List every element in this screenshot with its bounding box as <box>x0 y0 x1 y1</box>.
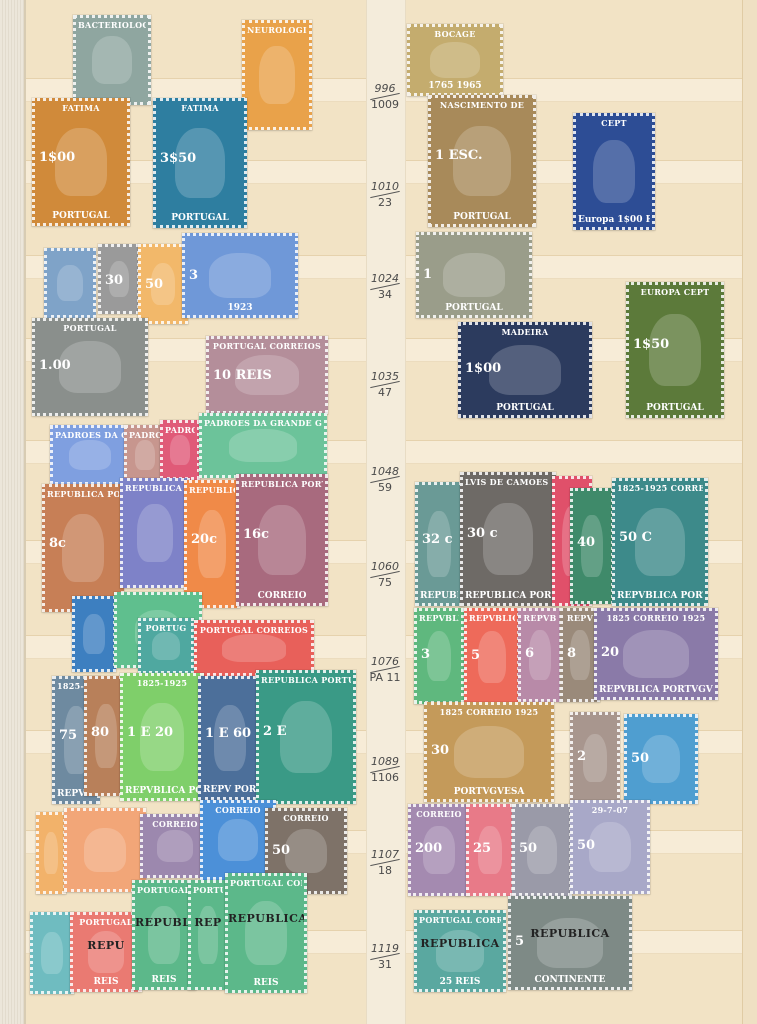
stamp-portrait-image <box>44 832 57 875</box>
postage-stamp: PORTUGAL CORREIOSREPUBLICAREIS <box>225 873 307 993</box>
postage-stamp: 1825-1925 CORREIO50 CREPVBLICA PORTVGVES… <box>612 478 708 606</box>
stamp-denomination: 1 ESC. <box>435 148 483 163</box>
postage-stamp: REPVB6 <box>518 608 562 702</box>
postage-stamp: MADEIRA1$00PORTUGAL <box>458 322 592 418</box>
stamp-denomination: 80 <box>91 725 109 740</box>
album-binding <box>0 0 26 1024</box>
stamp-denomination: 1 E 60 <box>205 726 251 741</box>
postage-stamp: PORTUGAL CORREIOS10 REIS <box>206 336 328 414</box>
postage-stamp: 30 <box>98 244 140 314</box>
stamp-denomination: 5 <box>471 648 480 663</box>
stamp-denomination: 1$50 <box>633 337 669 352</box>
stamp-inscription-top: REPUBLICA PORTUGUESA <box>189 485 235 495</box>
postage-stamp: PORTUGAL CORREIOS <box>194 620 314 676</box>
stamp-overprint: REPUBLICA <box>228 912 304 925</box>
postage-stamp: NASCIMENTO DE1 ESC.PORTUGAL <box>428 95 536 227</box>
stamp-denomination: 16c <box>243 527 269 542</box>
catalog-note: 1076PA 11 <box>368 655 402 684</box>
stamp-inscription-bottom: PORTUGAL <box>631 403 719 413</box>
stamp-inscription-bottom: REPUBLICA PORTUGUESA CORREIO <box>420 591 458 601</box>
stamp-inscription-top: PADROES DA GRANDE GUERRA <box>55 430 125 440</box>
stamp-portrait-image <box>589 822 630 871</box>
stamp-denomination: 50 <box>577 838 595 853</box>
postage-stamp: CORREIO200 <box>408 804 470 896</box>
catalog-note: 104859 <box>368 465 402 494</box>
stamp-inscription-top: PADROES <box>165 425 195 435</box>
stamp-overprint: REPU <box>73 939 139 952</box>
stamp-inscription-top: BACTERIOLOGISTA <box>78 20 146 30</box>
stamp-inscription-top: PORTUGAL CORREIOS <box>419 915 501 925</box>
stamp-inscription-top: PORTUG <box>143 623 189 633</box>
stamp-inscription-top: FATIMA <box>158 103 242 113</box>
postage-stamp: PORTUGAL1.00 <box>32 318 148 416</box>
stamp-inscription-bottom: PORTUGAL <box>463 403 587 413</box>
stamp-denomination: 50 C <box>619 530 652 545</box>
stamp-denomination: 1 <box>423 267 432 282</box>
stamp-denomination: 50 <box>272 843 290 858</box>
postage-stamp: BOCAGE1765 1965 <box>407 24 503 96</box>
stamp-denomination: 30 <box>431 743 449 758</box>
postage-stamp: 1825-19251 E 20REPVBLICA PORTYGVESA <box>120 673 204 801</box>
stamp-inscription-top: PORTUGAL <box>193 885 223 895</box>
stamp-portrait-image <box>84 828 127 872</box>
stamp-denomination: 10 REIS <box>213 368 272 383</box>
stamp-portrait-image <box>148 906 181 964</box>
stamp-inscription-top: NASCIMENTO DE <box>433 100 531 110</box>
stamp-inscription-top: PADROES DA GRANDE GUERRA <box>204 418 322 428</box>
stamp-inscription-top: EUROPA CEPT <box>631 287 719 297</box>
stamp-inscription-top: REPVBLICA <box>469 613 515 623</box>
stamp-portrait-image <box>285 829 328 874</box>
stamp-denomination: 3 <box>421 647 430 662</box>
stamp-inscription-top: CEPT <box>578 118 650 128</box>
stamp-inscription-bottom: REPUBLICA PORTUGUESA CORREIO <box>465 591 551 601</box>
stamp-inscription-top: 1825-1925 CORREIO <box>617 483 703 493</box>
stamp-portrait-image <box>209 253 271 297</box>
catalog-note: 102434 <box>368 272 402 301</box>
stamp-inscription-bottom: REPVBLICA PORTYGVESA <box>125 786 199 796</box>
stamp-inscription-top: BOCAGE <box>412 29 498 39</box>
stamp-inscription-top: CORREIO <box>145 819 205 829</box>
postage-stamp: 50 <box>624 714 698 804</box>
catalog-number-end: 59 <box>368 481 402 494</box>
stamp-inscription-bottom: REIS <box>75 977 137 987</box>
stamp-inscription-top: PADROES <box>129 430 161 440</box>
stamp-portrait-image <box>88 931 125 972</box>
stamp-denomination: 50 <box>145 277 163 292</box>
stamp-portrait-image <box>69 440 110 470</box>
stamp-inscription-top: REPUBLICA PORTUGUESA <box>47 489 119 499</box>
stamp-denomination: 200 <box>415 841 442 856</box>
postage-stamp: REPUBLICA PORTUGUESA16cCORREIO <box>236 474 328 606</box>
postage-stamp: REPUBLICA PORTUGUESA8c <box>42 484 124 612</box>
catalog-note: 10891106 <box>368 755 402 784</box>
catalog-number-end: 34 <box>368 288 402 301</box>
catalog-number-end: PA 11 <box>368 671 402 684</box>
stamp-denomination: 1$00 <box>465 361 501 376</box>
stamp-denomination: 30 c <box>467 526 498 541</box>
stamp-portrait-image <box>623 630 689 678</box>
stamp-portrait-image <box>583 734 608 782</box>
stamp-inscription-bottom: PORTUGAL <box>433 212 531 222</box>
stamp-denomination: 8c <box>49 536 66 551</box>
postage-stamp: 50 <box>138 244 188 324</box>
stamp-portrait-image <box>537 918 603 967</box>
stamp-inscription-top: LVIS DE CAMOES 1524 1924 <box>465 477 551 487</box>
stamp-overprint: REP <box>191 916 225 929</box>
stamp-inscription-top: REPUBLICA PORTUGUESA <box>125 483 185 493</box>
stamp-portrait-image <box>83 614 104 653</box>
stamp-inscription-bottom: 1765 1965 <box>412 81 498 91</box>
postage-stamp: 5REPUBLICACONTINENTE <box>508 896 632 990</box>
stamp-inscription-bottom: REPVBLICA PORTVGVESA <box>599 685 713 695</box>
catalog-number-end: 31 <box>368 958 402 971</box>
stamp-inscription-bottom: PORTUGAL <box>37 211 125 221</box>
postage-stamp: FATIMA3$50PORTUGAL <box>153 98 247 228</box>
catalog-note: 9961009 <box>368 82 402 111</box>
stamp-inscription-bottom: REIS <box>137 975 191 985</box>
catalog-number-end: 23 <box>368 196 402 209</box>
stamp-inscription-top: REPV <box>565 613 595 623</box>
postage-stamp: PADROES <box>160 420 200 480</box>
stamp-inscription-bottom: PORTUGAL <box>158 213 242 223</box>
postage-stamp: PORTUGAL CORREIOSREPUBLIREIS <box>132 880 196 990</box>
stamp-inscription-bottom: CONTINENTE <box>513 975 627 985</box>
stamp-denomination: 20c <box>191 532 217 547</box>
postage-stamp: 32 cREPUBLICA PORTUGUESA CORREIO <box>415 482 463 606</box>
postage-stamp: REPUBLICA PORTUGUESA <box>120 478 190 588</box>
catalog-number-end: 18 <box>368 864 402 877</box>
postage-stamp: BACTERIOLOGISTA <box>73 15 151 105</box>
postage-stamp: 31923 <box>182 233 298 318</box>
stamp-inscription-bottom: REPV PORTV <box>203 785 257 795</box>
stamp-denomination: 3 <box>189 268 198 283</box>
stamp-portrait-image <box>245 901 288 965</box>
stamp-portrait-image <box>157 830 193 863</box>
stamp-inscription-bottom: 25 REIS <box>419 977 501 987</box>
postage-stamp: 1PORTUGAL <box>416 232 532 318</box>
stamp-portrait-image <box>222 634 286 662</box>
stamp-inscription-top: 1825 CORREIO 1925 <box>599 613 713 623</box>
stamp-inscription-top: CORREIO <box>270 813 342 823</box>
stamp-portrait-image <box>229 429 297 462</box>
stamp-inscription-top: 1825 CORREIO 1925 <box>429 707 549 717</box>
stamp-denomination: 75 <box>59 728 77 743</box>
stamp-inscription-bottom: 1923 <box>187 303 293 313</box>
stamp-overprint: REPUBLICA <box>511 927 629 940</box>
stamp-portrait-image <box>198 906 217 964</box>
postage-stamp <box>36 812 66 894</box>
stamp-inscription-top: REPUBLICA PORTUGUESA <box>241 479 323 489</box>
stamp-portrait-image <box>593 140 636 202</box>
postage-stamp: PADROES DA GRANDE GUERRA <box>199 413 327 478</box>
stamp-portrait-image <box>436 930 484 973</box>
postage-stamp: REPVBLICA5 <box>464 608 520 706</box>
catalog-note: 106075 <box>368 560 402 589</box>
stamp-denomination: 32 c <box>422 532 453 547</box>
stamp-denomination: 1$00 <box>39 150 75 165</box>
postage-stamp <box>72 596 116 672</box>
stamp-denomination: 25 <box>473 841 491 856</box>
stamp-inscription-top: CORREIO <box>205 805 271 815</box>
stamp-portrait-image <box>280 701 333 773</box>
stamp-portrait-image <box>62 514 105 582</box>
stamp-portrait-image <box>218 819 257 860</box>
stamp-portrait-image <box>259 46 295 104</box>
stamp-overprint: REPUBLICA <box>417 937 503 950</box>
page-right-edge <box>742 0 757 1024</box>
stamp-inscription-top: PORTUGAL <box>37 323 143 333</box>
stamp-portrait-image <box>152 632 180 660</box>
postage-stamp: FATIMA1$00PORTUGAL <box>32 98 130 226</box>
postage-stamp: EUROPA CEPT1$50PORTUGAL <box>626 282 724 418</box>
stamp-overprint: REPUBLI <box>135 916 193 929</box>
catalog-number-end: 47 <box>368 386 402 399</box>
stamp-denomination: 2 <box>577 749 586 764</box>
stamp-inscription-top: 1825-1925 <box>125 678 199 688</box>
stamp-inscription-top: NEUROLOGISTA <box>247 25 307 35</box>
stamp-portrait-image <box>135 440 155 470</box>
catalog-note: 110718 <box>368 848 402 877</box>
stamp-denomination: 3$50 <box>160 151 196 166</box>
postage-stamp <box>44 248 96 318</box>
stamp-denomination: 20 <box>601 645 619 660</box>
stamp-portrait-image <box>41 932 62 975</box>
catalog-note: 111931 <box>368 942 402 971</box>
stamp-inscription-bottom: PORTUGAL <box>421 303 527 313</box>
stamp-inscription-bottom: REPVBLICA PORTVGVESA <box>617 591 703 601</box>
postage-stamp: REPUBLICA PORTUGUESA20c <box>184 480 240 608</box>
stamp-denomination: 8 <box>567 646 576 661</box>
postage-stamp: 29-7-0750 <box>570 800 650 894</box>
stamp-inscription-top: 29-7-07 <box>575 805 645 815</box>
stamp-inscription-top: REPVB <box>523 613 557 623</box>
postage-stamp: 2 <box>570 712 620 804</box>
stamp-inscription-top: PORTUGAL CORREIOS <box>230 878 302 888</box>
stamp-inscription-bottom: REIS <box>230 978 302 988</box>
postage-stamp: LVIS DE CAMOES 1524 192430 cREPUBLICA PO… <box>460 472 556 606</box>
stamp-inscription-top: PORTUGAL CORREIOS <box>211 341 323 351</box>
stamp-inscription-top: MADEIRA <box>463 327 587 337</box>
stamp-inscription-bottom: Europa 1$00 PORTUGAL <box>578 215 650 225</box>
stamp-inscription-top: CORREIO <box>413 809 465 819</box>
stamp-denomination: 1 E 20 <box>127 725 173 740</box>
stamp-portrait-image <box>443 253 505 298</box>
postage-stamp: 25 <box>466 804 514 896</box>
stamp-inscription-top: REPVBLICA <box>419 613 459 623</box>
stamp-portrait-image <box>57 265 83 301</box>
stamp-inscription-top: FATIMA <box>37 103 125 113</box>
stamp-denomination: 40 <box>577 535 595 550</box>
stamp-portrait-image <box>478 631 506 683</box>
stamp-inscription-top: REPUBLICA PORTUGUESA <box>261 675 351 685</box>
catalog-number-end: 1009 <box>368 98 402 111</box>
stamp-denomination: 1.00 <box>39 358 71 373</box>
postage-stamp: PORTUGALREP <box>188 880 228 990</box>
stamp-portrait-image <box>137 504 173 562</box>
catalog-note: 103547 <box>368 370 402 399</box>
postage-stamp <box>30 912 74 994</box>
stamp-portrait-image <box>454 726 523 779</box>
stamp-inscription-top: PORTUGAL CORREIOS <box>137 885 191 895</box>
postage-stamp: PORTUGAL CORREIOSREPUBLICA25 REIS <box>414 910 506 992</box>
postage-stamp: 1 E 60REPV PORTV <box>198 676 262 800</box>
stamp-denomination: 30 <box>105 273 123 288</box>
catalog-number-end: 1106 <box>368 771 402 784</box>
postage-stamp: CEPTEuropa 1$00 PORTUGAL <box>573 113 655 230</box>
stamp-inscription-bottom: CORREIO <box>241 591 323 601</box>
postage-stamp: REPVBLICA3 <box>414 608 464 704</box>
stamp-inscription-top: PORTUGAL <box>75 917 137 927</box>
postage-stamp: 1825 CORREIO 192530PORTVGVESA <box>424 702 554 802</box>
postage-stamp: PADROES DA GRANDE GUERRA <box>50 425 130 485</box>
stamp-denomination: 50 <box>631 751 649 766</box>
postage-stamp: 1825 CORREIO 192520REPVBLICA PORTVGVESA <box>594 608 718 700</box>
catalog-number-end: 75 <box>368 576 402 589</box>
catalog-note: 101023 <box>368 180 402 209</box>
stamp-portrait-image <box>427 631 452 681</box>
stamp-portrait-image <box>170 435 189 465</box>
stamp-inscription-top: PORTUGAL CORREIOS <box>199 625 309 635</box>
stamp-denomination: 6 <box>525 646 534 661</box>
postage-stamp: REPUBLICA PORTUGUESA2 E <box>256 670 356 804</box>
postage-stamp: NEUROLOGISTA <box>242 20 312 130</box>
postage-stamp: 50 <box>512 804 572 896</box>
stamp-inscription-bottom: PORTVGVESA <box>429 787 549 797</box>
stamp-portrait-image <box>430 42 480 79</box>
stamp-denomination: 2 E <box>263 724 286 739</box>
postage-stamp: PORTUG <box>138 618 194 674</box>
postage-stamp: 40 <box>570 488 614 604</box>
stamp-denomination: 50 <box>519 841 537 856</box>
stamp-portrait-image <box>92 36 132 83</box>
